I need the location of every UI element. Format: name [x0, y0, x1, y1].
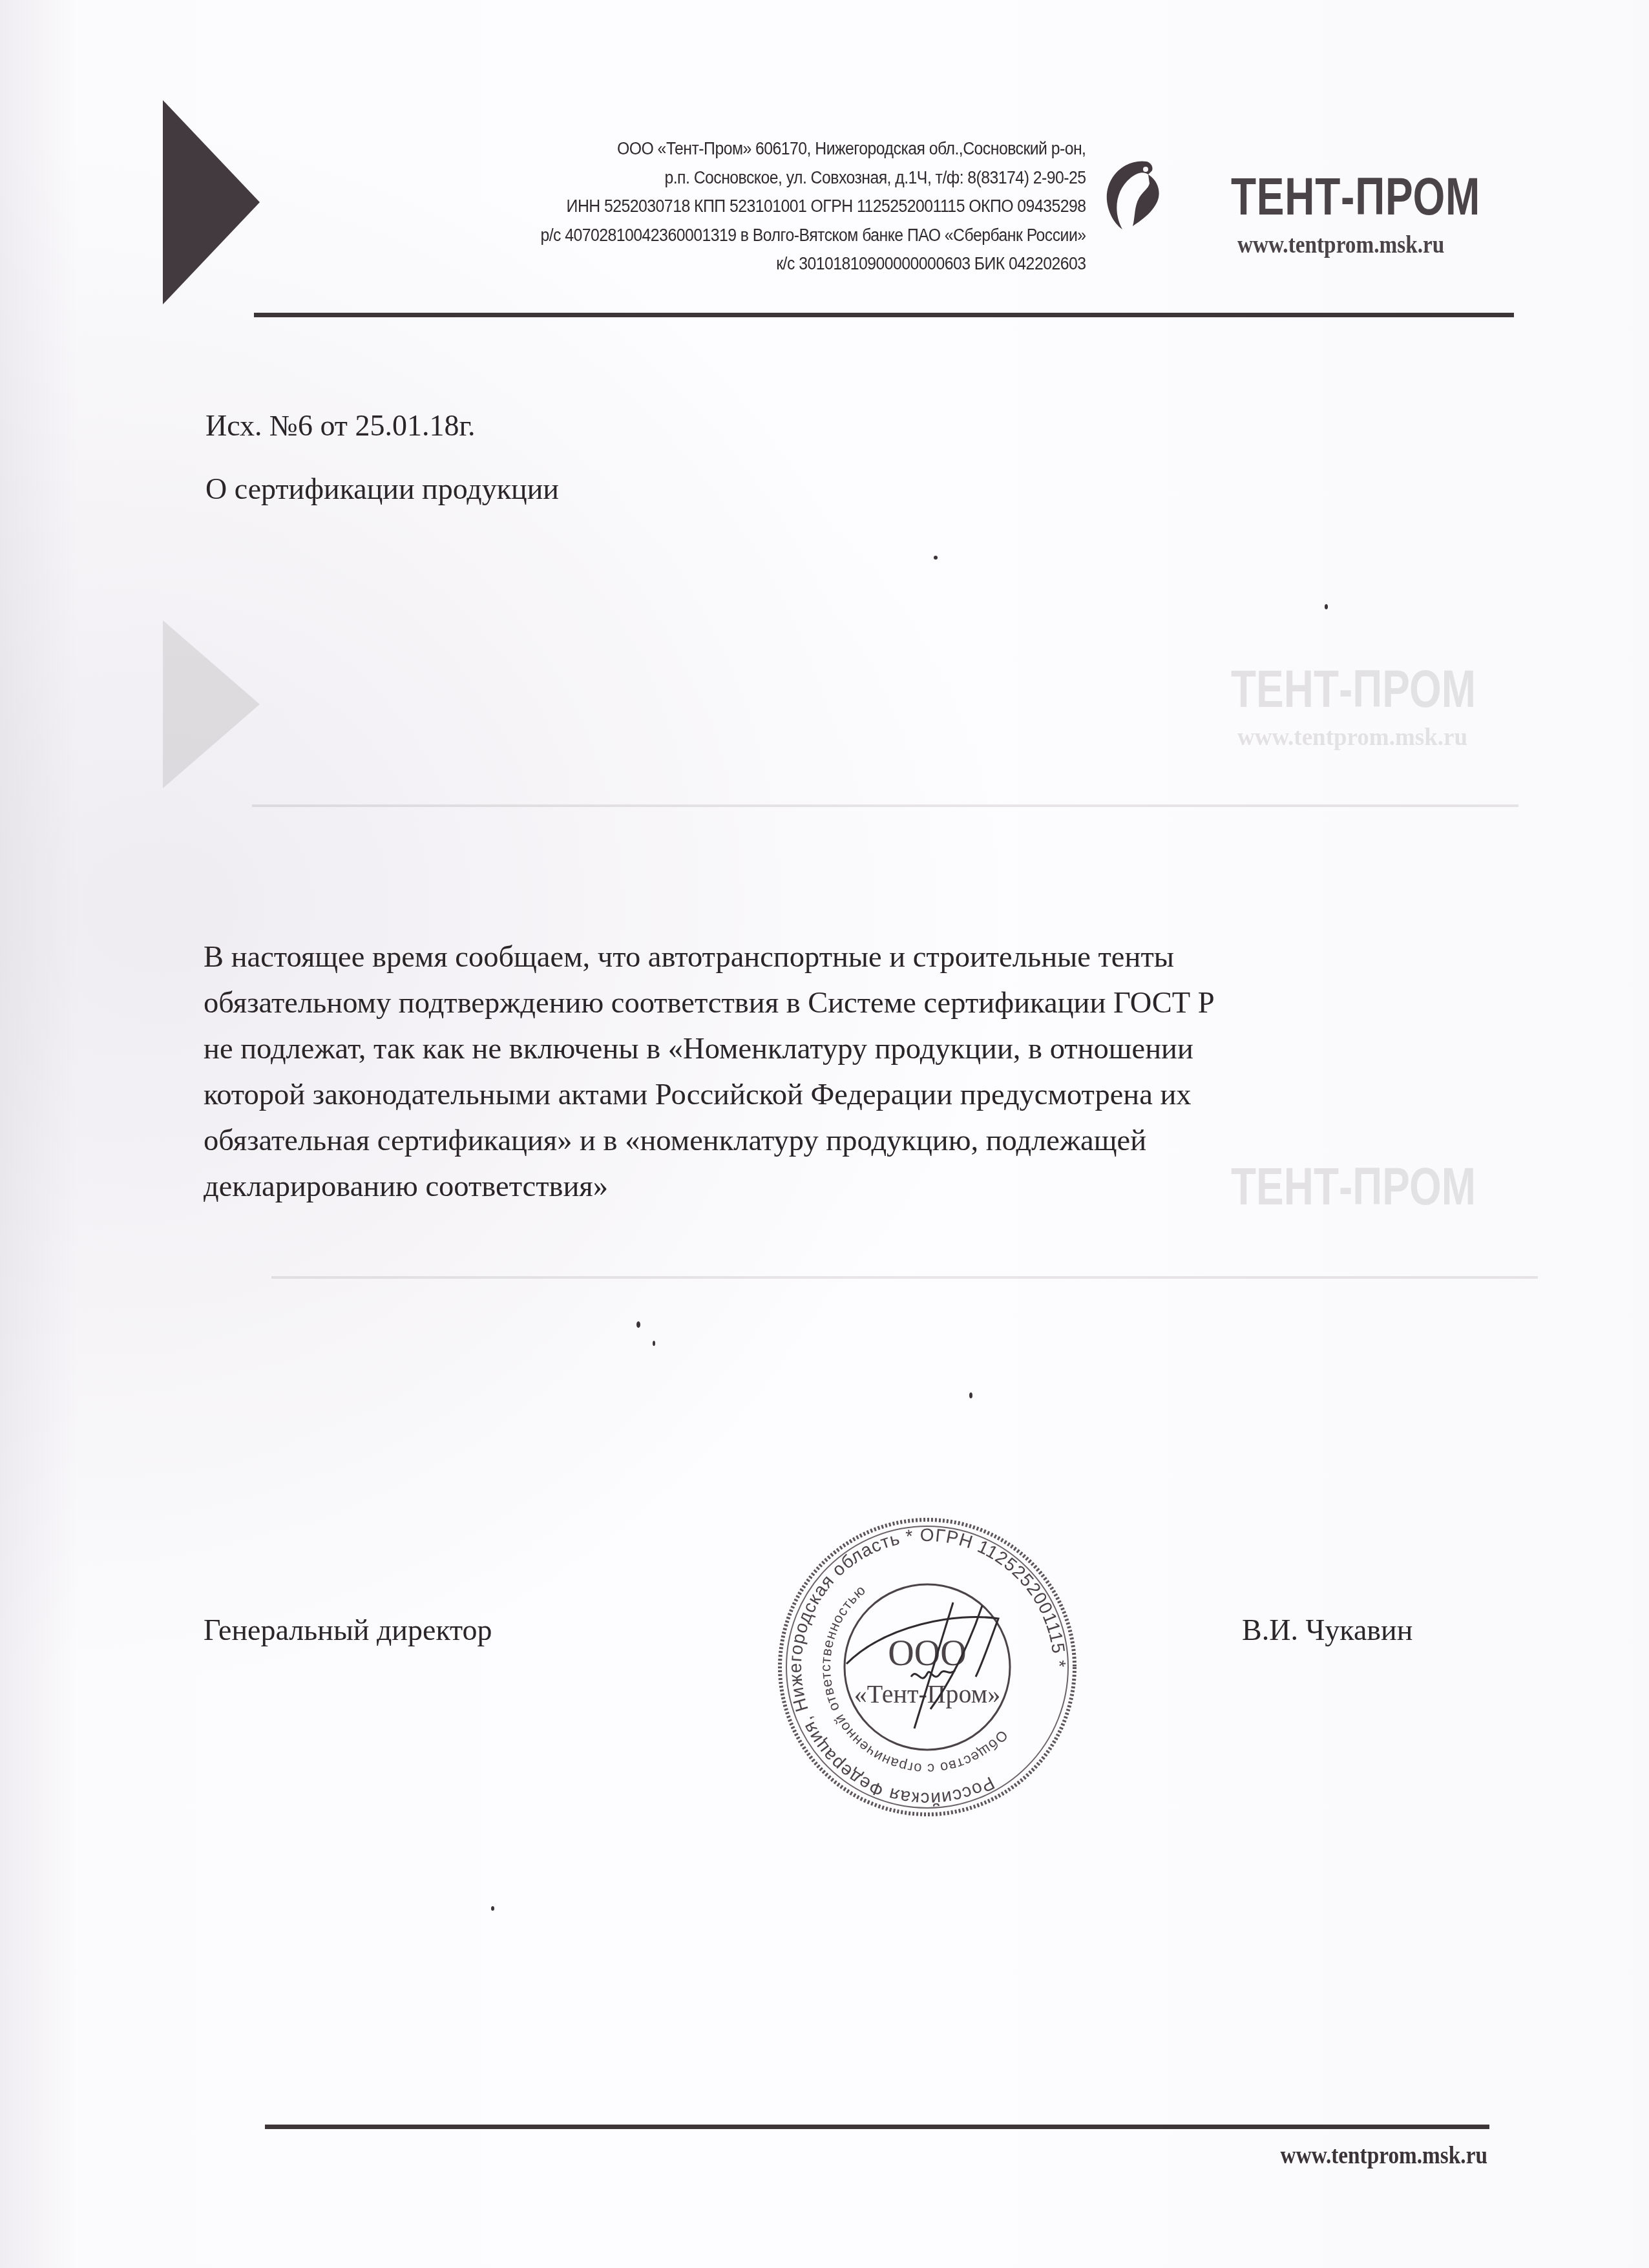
brand-name: ТЕНТ-ПРОМ: [1231, 167, 1480, 227]
company-requisites: ООО «Тент-Пром» 606170, Нижегородская об…: [540, 134, 1086, 278]
footer-website-link[interactable]: www.tentprom.msk.ru: [1281, 2142, 1487, 2170]
triangle-arrow-icon: [163, 100, 260, 304]
body-line: декларированию соответствия»: [204, 1164, 1528, 1210]
requisites-line: р.п. Сосновское, ул. Совхозная, д.1Ч, т/…: [540, 163, 1086, 193]
stamp-center-top: ООО: [888, 1633, 966, 1674]
crescent-bird-logo-icon: [1102, 155, 1166, 236]
header-website-link[interactable]: www.tentprom.msk.ru: [1237, 231, 1444, 259]
scan-speck: [934, 556, 938, 560]
letter-subject: О сертификации продукции: [205, 472, 559, 506]
scan-speck: [969, 1392, 972, 1398]
signer-name: В.И. Чукавин: [1242, 1613, 1413, 1647]
footer-divider: [265, 2125, 1489, 2129]
body-line: не подлежат, так как не включены в «Номе…: [204, 1026, 1528, 1072]
requisites-line: р/с 40702810042360001319 в Волго-Вятском…: [540, 221, 1086, 250]
body-line: обязательная сертификация» и в «номенкла…: [204, 1118, 1528, 1164]
body-line: обязательному подтверждению соответствия…: [204, 980, 1528, 1026]
body-line: которой законодательными актами Российск…: [204, 1072, 1528, 1118]
company-seal-stamp: Российская Федерация, Нижегородская обла…: [775, 1515, 1079, 1819]
body-line: В настоящее время сообщаем, что автотран…: [204, 934, 1528, 980]
requisites-line: ИНН 5252030718 КПП 523101001 ОГРН 112525…: [540, 192, 1086, 221]
requisites-line: ООО «Тент-Пром» 606170, Нижегородская об…: [540, 134, 1086, 163]
scan-speck: [1325, 604, 1328, 609]
outgoing-reference: Исх. №6 от 25.01.18г.: [205, 408, 476, 443]
letter-body: В настоящее время сообщаем, что автотран…: [204, 934, 1528, 1210]
requisites-line: к/с 30101810900000000603 БИК 042202603: [540, 249, 1086, 278]
scan-speck: [491, 1906, 494, 1911]
scan-speck: [636, 1321, 640, 1328]
header-divider: [254, 313, 1514, 317]
scan-speck: [653, 1341, 655, 1346]
signer-title: Генеральный директор: [204, 1613, 492, 1647]
